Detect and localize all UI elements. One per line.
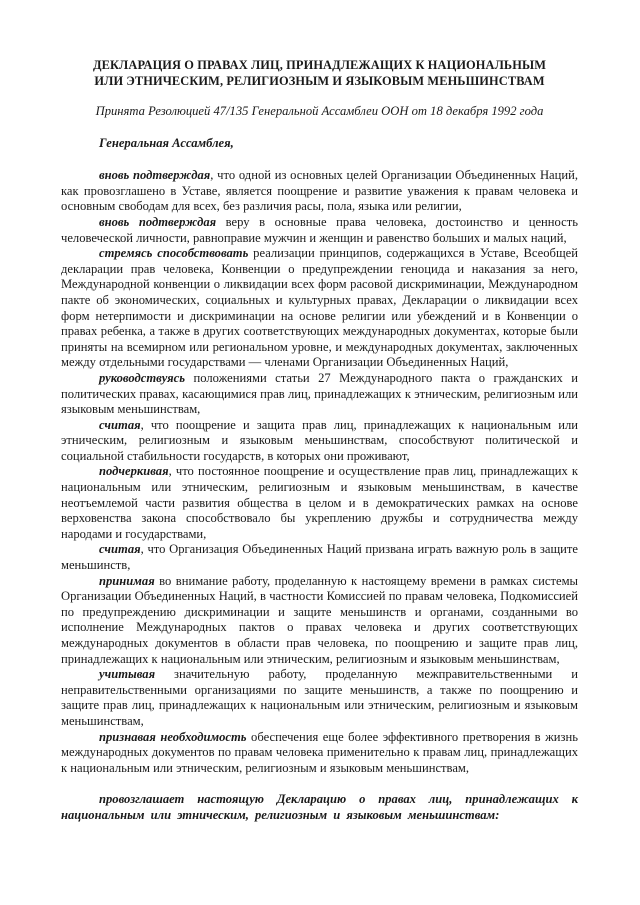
preamble-paragraph: руководствуясь положениями статьи 27 Меж…	[61, 371, 578, 418]
paragraph-keyword: учитывая	[99, 667, 155, 681]
preamble-paragraph: принимая во внимание работу, проделанную…	[61, 574, 578, 668]
paragraph-keyword: принимая	[99, 574, 155, 588]
preamble-paragraph: считая, что Организация Объединенных Нац…	[61, 542, 578, 573]
document-subtitle: Принята Резолюцией 47/135 Генеральной Ас…	[61, 104, 578, 120]
assembly-heading: Генеральная Ассамблея,	[99, 136, 578, 152]
paragraph-text: реализации принципов, содержащихся в Уст…	[61, 246, 578, 369]
document-title: ДЕКЛАРАЦИЯ О ПРАВАХ ЛИЦ, ПРИНАДЛЕЖАЩИХ К…	[61, 58, 578, 89]
paragraph-keyword: вновь подтверждая	[99, 168, 210, 182]
title-line-2: ИЛИ ЭТНИЧЕСКИМ, РЕЛИГИОЗНЫМ И ЯЗЫКОВЫМ М…	[94, 74, 544, 88]
paragraph-keyword: вновь подтверждая	[99, 215, 216, 229]
paragraph-keyword: руководствуясь	[99, 371, 185, 385]
preamble-paragraph: подчеркивая, что постоянное поощрение и …	[61, 464, 578, 542]
paragraph-keyword: считая	[99, 542, 141, 556]
paragraph-keyword: считая	[99, 418, 141, 432]
preamble-paragraph: вновь подтверждая, что одной из основных…	[61, 168, 578, 215]
preamble-paragraph: признавая необходимость обеспечения еще …	[61, 730, 578, 777]
proclamation: провозглашает настоящую Декларацию о пра…	[61, 792, 578, 823]
preamble-paragraph: стремясь способствовать реализации принц…	[61, 246, 578, 371]
preamble-paragraph: считая, что поощрение и защита прав лиц,…	[61, 418, 578, 465]
document-page: ДЕКЛАРАЦИЯ О ПРАВАХ ЛИЦ, ПРИНАДЛЕЖАЩИХ К…	[61, 58, 578, 836]
preamble-paragraph: вновь подтверждая веру в основные права …	[61, 215, 578, 246]
preamble-paragraph: учитывая значительную работу, проделанну…	[61, 667, 578, 729]
title-line-1: ДЕКЛАРАЦИЯ О ПРАВАХ ЛИЦ, ПРИНАДЛЕЖАЩИХ К…	[93, 58, 546, 72]
paragraph-keyword: стремясь способствовать	[99, 246, 248, 260]
paragraph-keyword: признавая необходимость	[99, 730, 247, 744]
paragraph-keyword: подчеркивая	[99, 464, 169, 478]
